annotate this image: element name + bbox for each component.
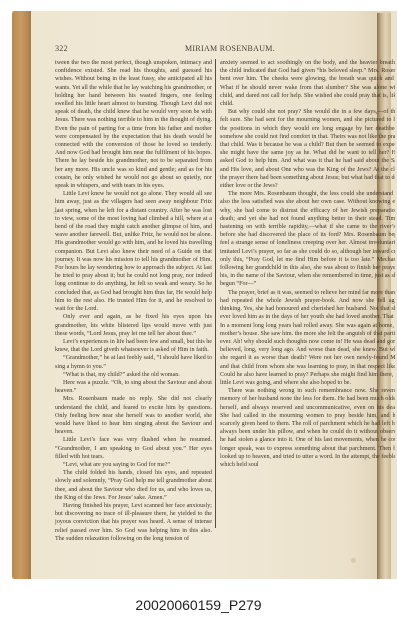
paragraph: Here was a puzzle. “Oh, to sing about th… bbox=[55, 379, 212, 395]
paragraph: Little Levi’s face was very flushed when… bbox=[55, 436, 212, 461]
left-column: tween the two the most perfect, though u… bbox=[55, 59, 212, 543]
page-edge-stack bbox=[12, 11, 31, 579]
running-title: MIRIAM ROSENBAUM. bbox=[185, 44, 275, 53]
paragraph: Mrs. Rosenbaum made no reply. She did no… bbox=[55, 395, 212, 436]
book-scan: 322 MIRIAM ROSENBAUM. tween the two the … bbox=[12, 11, 397, 579]
paragraph: “Grandmother,” he at last feebly said, “… bbox=[55, 354, 212, 370]
page-number: 322 bbox=[55, 44, 68, 53]
paragraph: tween the two the most perfect, though u… bbox=[55, 59, 212, 190]
paragraph: Only ever and again, as he fixed his eye… bbox=[55, 313, 212, 338]
paragraph: Levi’s experiences in life had been few … bbox=[55, 338, 212, 354]
paragraph: The prayer, brief as it was, seemed to r… bbox=[220, 289, 395, 387]
text-columns: tween the two the most perfect, though u… bbox=[55, 59, 395, 559]
paragraph: But why could she not pray? She would di… bbox=[220, 108, 395, 190]
paragraph: The more Mrs. Rosenbaum thought, the les… bbox=[220, 190, 395, 288]
image-caption: 20020060159_P279 bbox=[0, 597, 397, 613]
column-rule bbox=[215, 59, 216, 528]
paragraph: anxiety seemed to act soothingly on the … bbox=[220, 59, 395, 108]
paragraph: Little Levi knew he would not go alone. … bbox=[55, 190, 212, 313]
right-column: anxiety seemed to act soothingly on the … bbox=[220, 59, 395, 469]
paragraph: “Levi, what are you saying to God for me… bbox=[55, 461, 212, 469]
paragraph: “What is that, my child?” asked the old … bbox=[55, 371, 212, 379]
paragraph: There was nothing wrong in such remembra… bbox=[220, 387, 395, 469]
paragraph: Having finished his prayer, Levi scanned… bbox=[55, 502, 212, 543]
paragraph: The child folded his hands, closed his e… bbox=[55, 469, 212, 502]
running-head: 322 MIRIAM ROSENBAUM. bbox=[55, 44, 375, 56]
